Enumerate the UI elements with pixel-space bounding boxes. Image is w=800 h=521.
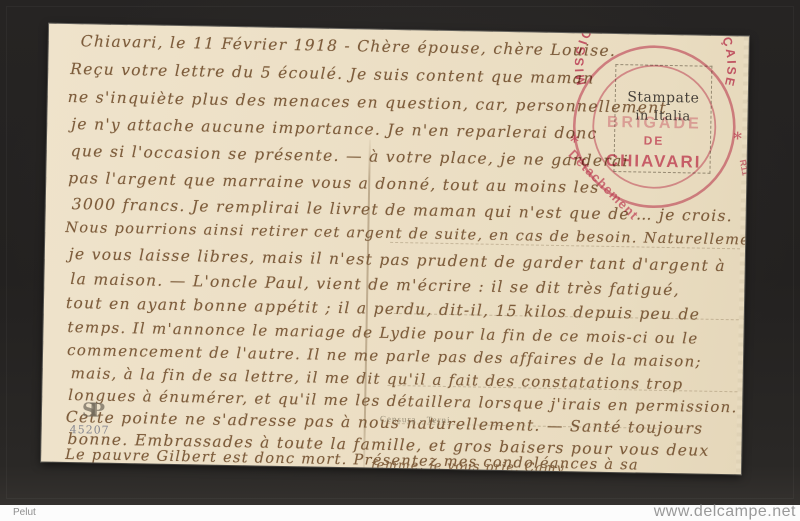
stamp-de-text: DE: [644, 134, 665, 148]
military-stamp: MISSION MILITAIRE - FRANÇAISE BRIGADE DE…: [552, 25, 748, 229]
scanned-postcard-image: Chiavari, le 11 Février 1918 - Chère épo…: [0, 0, 800, 521]
publisher-monogram: SIP: [82, 399, 98, 421]
stamp-brigade-text: BRIGADE: [607, 114, 702, 133]
handwriting-line: que si l'occasion se présente. — à votre…: [71, 142, 629, 170]
handwriting-line: je vous laisse libres, mais il n'est pas…: [69, 245, 726, 275]
stamp-chiavari-text: CHIAVARI: [606, 151, 702, 172]
handwriting-line: Chiavari, le 11 Février 1918 - Chère épo…: [81, 32, 617, 60]
censor-mark: Censura - Terni: [380, 414, 451, 425]
seller-credit: Pelut: [13, 507, 36, 518]
delcampe-watermark: www.delcampe.net: [654, 503, 796, 521]
stamp-star-left-icon: *: [570, 132, 579, 152]
stamp-star-right-icon: *: [733, 129, 742, 149]
footer-strip: Pelut www.delcampe.net: [0, 505, 800, 521]
handwriting-line: je n'y attache aucune importance. Je n'e…: [71, 115, 598, 143]
postcard: Chiavari, le 11 Février 1918 - Chère épo…: [41, 24, 749, 475]
publisher-number: 45207: [70, 423, 110, 437]
handwriting-line: pas l'argent que marraine vous a donné, …: [68, 169, 600, 197]
handwriting-line: Reçu votre lettre du 5 écoulé. Je suis c…: [70, 60, 595, 88]
